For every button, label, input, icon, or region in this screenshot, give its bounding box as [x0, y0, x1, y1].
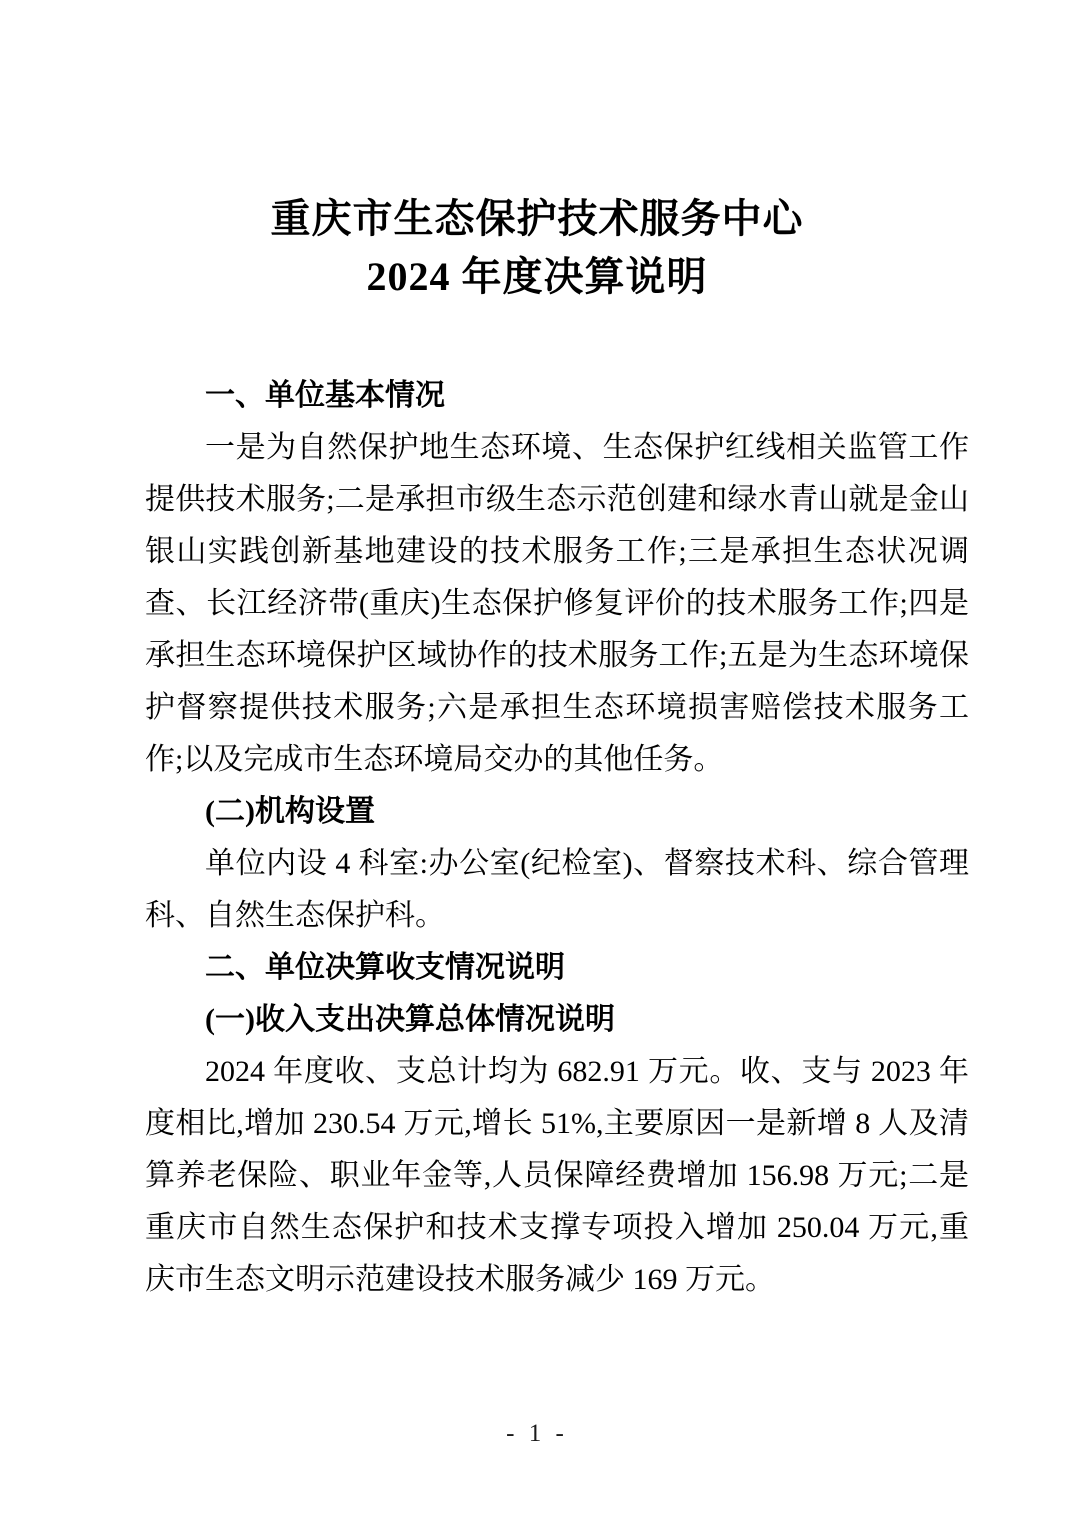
document-title-line2: 2024 年度决算说明: [0, 248, 1074, 306]
paragraph-org-setup: 单位内设 4 科室:办公室(纪检室)、督察技术科、综合管理科、自然生态保护科。: [145, 838, 969, 942]
subheading-overview: (一)收入支出决算总体情况说明: [145, 994, 969, 1046]
section-heading-budget: 二、单位决算收支情况说明: [145, 942, 969, 994]
paragraph-budget-overview: 2024 年度收、支总计均为 682.91 万元。收、支与 2023 年度相比,…: [145, 1046, 969, 1306]
paragraph-duties: 一是为自然保护地生态环境、生态保护红线相关监管工作提供技术服务;二是承担市级生态…: [145, 422, 969, 786]
subheading-org-setup: (二)机构设置: [145, 786, 969, 838]
document-title: 重庆市生态保护技术服务中心 2024 年度决算说明: [0, 0, 1074, 306]
document-page: 重庆市生态保护技术服务中心 2024 年度决算说明 一、单位基本情况 一是为自然…: [0, 0, 1074, 1520]
page-number: - 1 -: [0, 1420, 1074, 1448]
document-body: 一、单位基本情况 一是为自然保护地生态环境、生态保护红线相关监管工作提供技术服务…: [145, 370, 969, 1306]
section-heading-basic-info: 一、单位基本情况: [145, 370, 969, 422]
document-title-line1: 重庆市生态保护技术服务中心: [0, 190, 1074, 248]
